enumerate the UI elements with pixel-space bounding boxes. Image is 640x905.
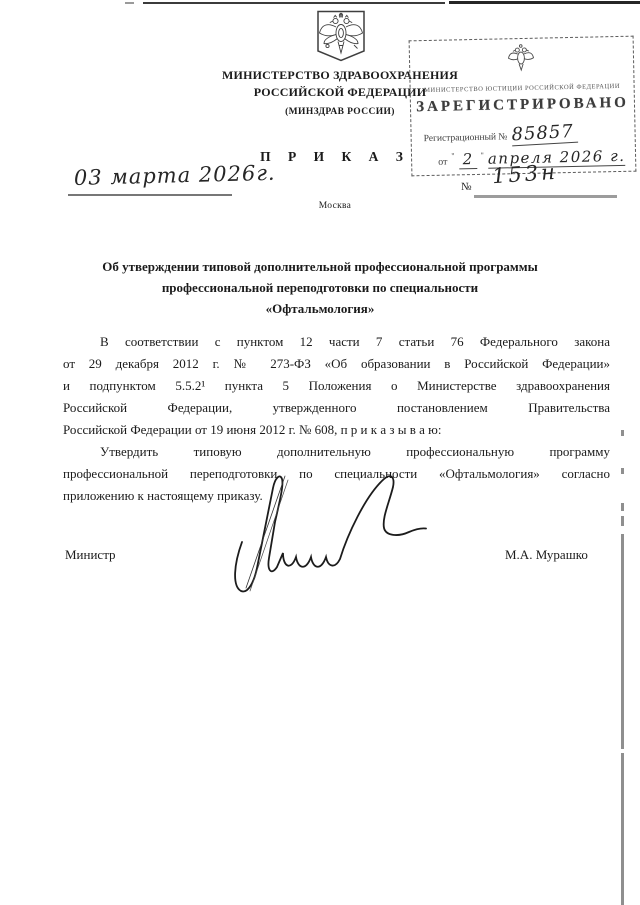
order-number-handwritten: 153н (491, 160, 558, 189)
order-subject: Об утверждении типовой дополнительной пр… (40, 256, 600, 319)
scan-edge-dash (621, 468, 624, 474)
top-rule-right (449, 1, 640, 4)
subject-line: «Офтальмология» (40, 298, 600, 319)
body-line: Российской Федерации от 19 июня 2012 г. … (63, 419, 610, 441)
subject-line: профессиональной переподготовки по специ… (40, 277, 600, 298)
scan-edge-line (621, 534, 624, 749)
body-line: Утвердить типовую дополнительную професс… (63, 441, 610, 463)
subject-line: Об утверждении типовой дополнительной пр… (40, 256, 600, 277)
body-line: и подпунктом 5.5.2¹ пункта 5 Положения о… (63, 375, 610, 397)
signature-icon (228, 470, 428, 602)
scan-edge-dash (621, 503, 624, 511)
justice-eagle-icon (507, 42, 536, 73)
body-line: В соответствии с пунктом 12 части 7 стат… (63, 331, 610, 353)
body-line: Российской Федерации, утвержденного пост… (63, 397, 610, 419)
registration-number-row: Регистрационный № 85857 (423, 122, 577, 147)
order-number-line (474, 195, 617, 198)
coat-of-arms-icon (314, 9, 368, 63)
justice-ministry-name: МИНИСТЕРСТВО ЮСТИЦИИ РОССИЙСКОЙ ФЕДЕРАЦИ… (411, 83, 634, 95)
scanned-order-document: МИНИСТЕРСТВО ЗДРАВООХРАНЕНИЯ РОССИЙСКОЙ … (0, 0, 640, 905)
order-date-underline (68, 194, 232, 196)
registration-number-label: Регистрационный № (424, 132, 508, 144)
body-line: от 29 декабря 2012 г. № 273-ФЗ «Об образ… (63, 353, 610, 375)
order-number-sign: № (461, 181, 472, 193)
top-rule-left (143, 2, 445, 4)
registered-label: ЗАРЕГИСТРИРОВАНО (411, 95, 634, 117)
city-label: Москва (15, 201, 640, 211)
signer-position: Министр (65, 547, 116, 563)
top-rule-fragment (125, 2, 134, 4)
scan-edge-dash (621, 430, 624, 436)
registration-number-value: 85857 (511, 121, 578, 147)
order-date-handwritten: 03 марта 2026г. (74, 161, 276, 190)
scan-edge-line (621, 753, 624, 905)
signer-name: М.А. Мурашко (505, 547, 588, 563)
scan-edge-dash (621, 516, 624, 526)
